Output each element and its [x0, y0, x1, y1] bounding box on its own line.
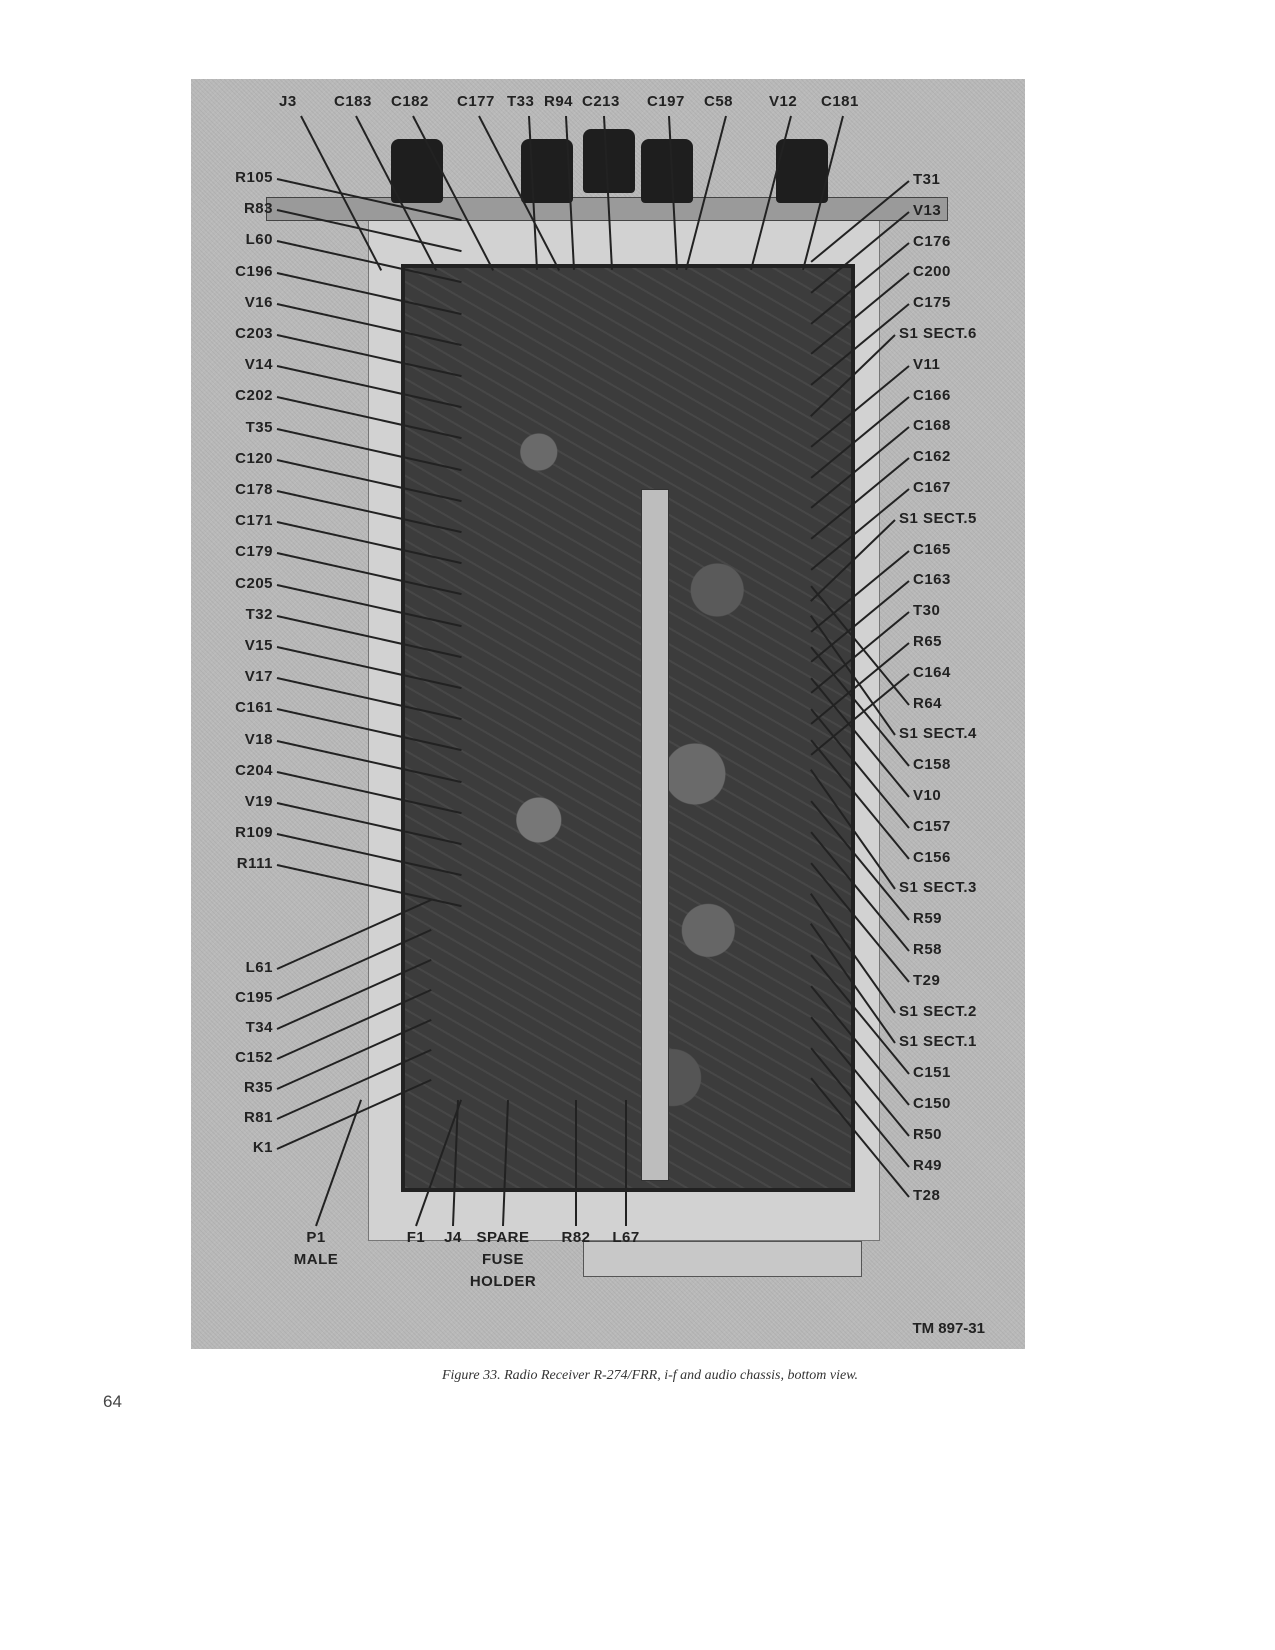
- component-can: [641, 139, 693, 203]
- callout-label-right: C158: [913, 756, 951, 773]
- callout-label-top: C197: [647, 93, 685, 110]
- chassis-interior: [401, 264, 855, 1192]
- callout-label-left: C203: [235, 325, 273, 342]
- callout-label-right: C164: [913, 664, 951, 681]
- callout-label-left: K1: [253, 1139, 273, 1156]
- callout-label-left: C152: [235, 1049, 273, 1066]
- callout-label-right: T28: [913, 1187, 940, 1204]
- callout-label-left: R105: [235, 169, 273, 186]
- callout-label-right: S1 SECT.5: [899, 510, 977, 527]
- callout-label-top: J3: [279, 93, 297, 110]
- callout-label-left: C205: [235, 575, 273, 592]
- callout-label-right: S1 SECT.4: [899, 725, 977, 742]
- callout-label-left: V18: [245, 731, 273, 748]
- callout-label-left: R81: [244, 1109, 273, 1126]
- callout-label-left: C161: [235, 699, 273, 716]
- callout-label-top: C213: [582, 93, 620, 110]
- callout-label-right: R65: [913, 633, 942, 650]
- callout-label-right: T29: [913, 972, 940, 989]
- callout-label-right: C176: [913, 233, 951, 250]
- callout-label-right: R58: [913, 941, 942, 958]
- callout-label-right: V13: [913, 202, 941, 219]
- leader-line: [575, 1100, 577, 1226]
- callout-label-right: T31: [913, 171, 940, 188]
- callout-label-right: S1 SECT.2: [899, 1003, 977, 1020]
- callout-label-left: R109: [235, 824, 273, 841]
- callout-label-left: C178: [235, 481, 273, 498]
- callout-label-left: C195: [235, 989, 273, 1006]
- callout-label-top: C183: [334, 93, 372, 110]
- leader-line: [625, 1100, 627, 1226]
- callout-label-right: C167: [913, 479, 951, 496]
- page-number: 64: [103, 1392, 122, 1412]
- callout-label-right: T30: [913, 602, 940, 619]
- callout-label-left: T34: [246, 1019, 273, 1036]
- callout-label-top: C182: [391, 93, 429, 110]
- figure-caption: Figure 33. Radio Receiver R-274/FRR, i-f…: [300, 1368, 1000, 1384]
- callout-label-left: L60: [246, 231, 273, 248]
- callout-label-right: C166: [913, 387, 951, 404]
- callout-label-left: V19: [245, 793, 273, 810]
- callout-label-right: S1 SECT.1: [899, 1033, 977, 1050]
- callout-label-left: C202: [235, 387, 273, 404]
- chassis-photo: J3C183C182C177T33R94C213C197C58V12C181R1…: [191, 79, 1025, 1349]
- callout-label-left: C120: [235, 450, 273, 467]
- callout-label-right: V11: [913, 356, 940, 373]
- callout-label-left: V15: [245, 637, 273, 654]
- callout-label-right: C200: [913, 263, 951, 280]
- callout-label-right: C175: [913, 294, 951, 311]
- callout-label-left: C196: [235, 263, 273, 280]
- callout-label-right: C162: [913, 448, 951, 465]
- leader-line: [315, 1100, 362, 1227]
- callout-label-right: S1 SECT.6: [899, 325, 977, 342]
- callout-label-right: C150: [913, 1095, 951, 1112]
- callout-label-left: R35: [244, 1079, 273, 1096]
- callout-label-left: C171: [235, 512, 273, 529]
- component-can: [583, 129, 635, 193]
- callout-label-right: C168: [913, 417, 951, 434]
- callout-label-left: T32: [246, 606, 273, 623]
- callout-label-top: C58: [704, 93, 733, 110]
- callout-label-right: R59: [913, 910, 942, 927]
- reference-number: TM 897-31: [912, 1320, 985, 1337]
- callout-label-right: C157: [913, 818, 951, 835]
- callout-label-right: V10: [913, 787, 941, 804]
- callout-label-right: R64: [913, 695, 942, 712]
- callout-label-right: C156: [913, 849, 951, 866]
- callout-label-right: C151: [913, 1064, 951, 1081]
- callout-label-top: C177: [457, 93, 495, 110]
- callout-label-right: S1 SECT.3: [899, 879, 977, 896]
- callout-label-left: V17: [245, 668, 273, 685]
- callout-label-right: R49: [913, 1157, 942, 1174]
- callout-label-bottom: SPARE FUSE HOLDER: [463, 1227, 543, 1293]
- callout-label-left: L61: [246, 959, 273, 976]
- callout-label-top: V12: [769, 93, 797, 110]
- callout-label-left: T35: [246, 419, 273, 436]
- callout-label-top: T33: [507, 93, 534, 110]
- component-can: [776, 139, 828, 203]
- callout-label-left: R111: [237, 855, 273, 872]
- callout-label-top: C181: [821, 93, 859, 110]
- callout-label-top: R94: [544, 93, 573, 110]
- callout-label-bottom: L67: [586, 1227, 666, 1249]
- component-can: [391, 139, 443, 203]
- callout-label-left: C179: [235, 543, 273, 560]
- callout-label-right: C165: [913, 541, 951, 558]
- callout-label-left: C204: [235, 762, 273, 779]
- chassis-divider: [641, 489, 669, 1181]
- callout-label-left: V16: [245, 294, 273, 311]
- callout-label-left: V14: [245, 356, 273, 373]
- callout-label-right: R50: [913, 1126, 942, 1143]
- callout-label-left: R83: [244, 200, 273, 217]
- callout-label-bottom: P1 MALE: [276, 1227, 356, 1271]
- callout-label-right: C163: [913, 571, 951, 588]
